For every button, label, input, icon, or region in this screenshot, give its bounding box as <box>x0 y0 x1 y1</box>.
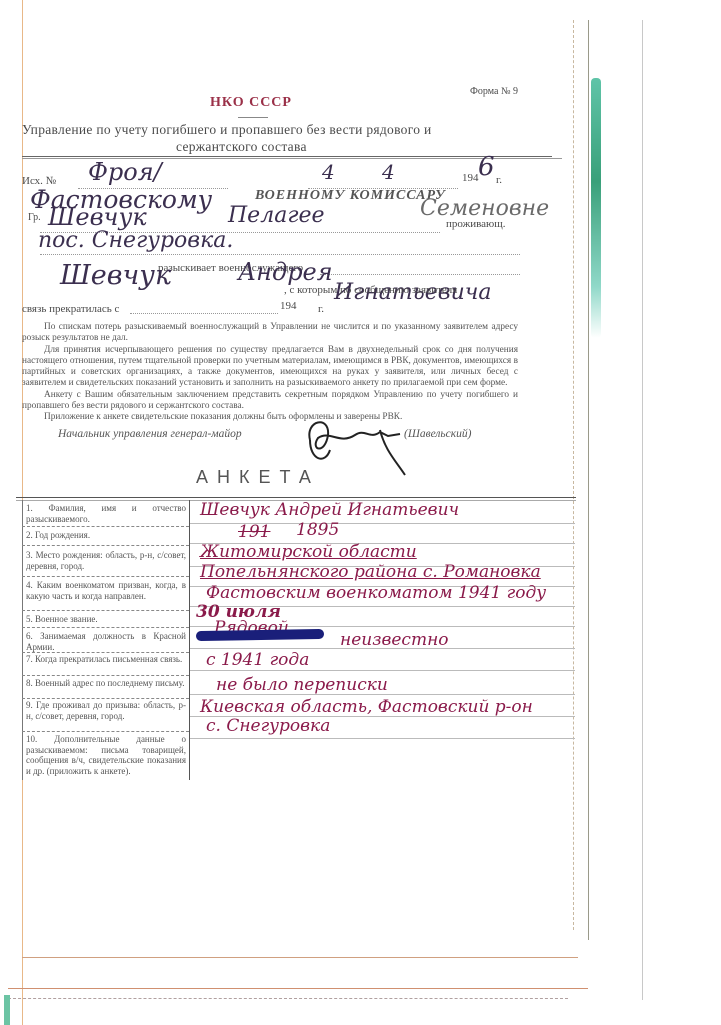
ink-smear <box>196 629 324 641</box>
paper-bottom-edge <box>22 957 578 958</box>
answer-2-birth-year: 1895 <box>296 520 339 540</box>
question-2: 2. Год рождения. <box>26 530 186 541</box>
dotted-line <box>130 313 278 314</box>
answer-3-birthplace-line2: Попельнянского района с. Романовка <box>200 562 541 582</box>
row-divider <box>22 576 189 577</box>
question-1: 1. Фамилия, имя и отчество разыскиваемог… <box>26 503 186 524</box>
header-rule <box>22 156 552 157</box>
citizen-firstname: Пелагее <box>228 203 325 228</box>
date-month: 4 <box>382 160 395 184</box>
date-year-handwritten: 6 <box>478 152 495 182</box>
folder-bottom-edge <box>8 988 588 989</box>
row-divider <box>22 675 189 676</box>
table-left-border <box>22 500 23 780</box>
date-year-printed: 194 <box>462 172 479 184</box>
answer-9-residence-line1: Киевская область, Фастовский р-он <box>200 697 533 717</box>
dotted-line <box>40 254 520 255</box>
question-7: 7. Когда прекратилась письменная связь. <box>26 654 186 665</box>
question-9: 9. Где проживал до призыва: область, р-н… <box>26 700 186 721</box>
department-title-line2: сержантского состава <box>176 139 307 155</box>
answer-4-conscription: Фастовским военкоматом 1941 году <box>206 583 546 603</box>
folder-bottom-edge-2 <box>8 998 568 1000</box>
answer-1-full-name: Шевчук Андрей Игнатьевич <box>200 500 459 520</box>
folder-back-edge <box>642 20 643 1000</box>
row-divider <box>22 698 189 699</box>
issuer-stamp: НКО СССР <box>210 95 292 111</box>
residing-label: проживающ. <box>446 218 505 230</box>
divider <box>238 117 268 118</box>
answer-line <box>190 670 575 671</box>
answer-3-birthplace-line1: Житомирской области <box>200 542 417 562</box>
paragraph: По спискам потерь разыскиваемый военносл… <box>22 322 518 345</box>
question-6: 6. Занимаемая должность в Красной Армии. <box>26 631 186 652</box>
question-5: 5. Военное звание. <box>26 614 186 625</box>
citizen-prefix: Гр. <box>28 212 41 223</box>
signatory-name: (Шавельский) <box>404 428 471 440</box>
dotted-line <box>320 274 520 275</box>
green-binding-strip <box>591 78 601 338</box>
body-text: По спискам потерь разыскиваемый военносл… <box>22 322 518 424</box>
table-top-border <box>16 497 576 498</box>
outgoing-number-value: Фроя/ <box>88 158 162 186</box>
answer-line <box>190 738 575 739</box>
answer-6-position: неизвестно <box>340 630 449 650</box>
department-title-line1: Управление по учету погибшего и пропавше… <box>22 122 431 138</box>
addressee-printed: ВОЕННОМУ КОМИССАРУ <box>255 188 446 204</box>
ceased-label: связь прекратилась с <box>22 303 119 315</box>
question-8: 8. Военный адрес по последнему письму. <box>26 678 186 689</box>
question-3: 3. Место рождения: область, р-н, с/совет… <box>26 550 186 571</box>
row-divider <box>22 652 189 653</box>
citizen-address: пос. Снегуровка. <box>38 228 233 253</box>
answer-2-struck: 191 <box>238 522 270 542</box>
row-divider <box>22 610 189 611</box>
anketa-title: АНКЕТА <box>196 467 320 488</box>
answer-9-residence-line2: с. Снегуровка <box>206 716 330 736</box>
question-10: 10. Дополнительные данные о разыскиваемо… <box>26 734 186 776</box>
ceased-year: 194 <box>280 300 297 312</box>
searched-firstname: Андрея <box>238 258 333 286</box>
signatory-title: Начальник управления генерал-майор <box>58 428 242 440</box>
paragraph: Анкету с Вашим обязательным заключением … <box>22 390 518 413</box>
row-divider <box>22 526 189 527</box>
paragraph: Для принятия исчерпывающего решения по с… <box>22 345 518 390</box>
folder-edge <box>588 20 589 940</box>
date-day: 4 <box>322 160 335 184</box>
searched-surname: Шевчук <box>60 260 171 291</box>
date-year-suffix: г. <box>496 174 502 186</box>
paragraph: Приложение к анкете свидетельские показа… <box>22 412 518 423</box>
form-number: Форма № 9 <box>470 86 518 97</box>
green-corner-mark <box>4 995 10 1025</box>
row-divider <box>22 627 189 628</box>
citizen-surname: Шевчук <box>48 203 147 231</box>
row-divider <box>22 731 189 732</box>
answer-7-last-contact: с 1941 года <box>206 650 309 670</box>
row-divider <box>22 545 189 546</box>
answer-8-military-address: не было переписки <box>216 675 388 695</box>
paper-right-edge <box>573 20 575 930</box>
ceased-suffix: г. <box>318 303 324 315</box>
contact-label: , с которым по сообщению заявителя <box>284 284 457 296</box>
question-4: 4. Каким военкоматом призван, когда, в к… <box>26 580 186 601</box>
